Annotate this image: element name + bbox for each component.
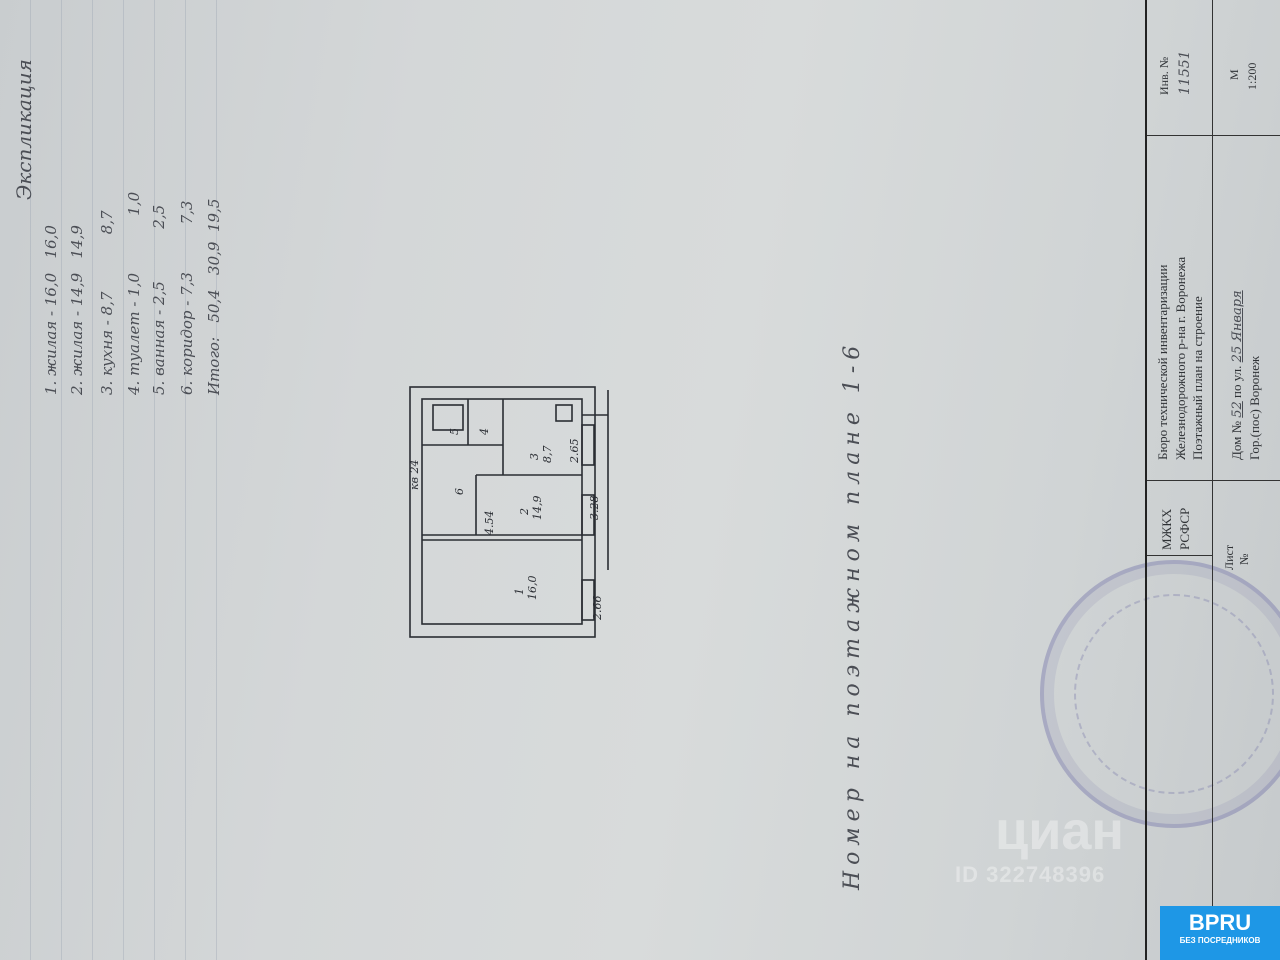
svg-text:2.65: 2.65 (568, 439, 581, 465)
svg-text:2.66: 2.66 (591, 596, 604, 622)
stamp-sheet-no: № (1237, 554, 1252, 565)
svg-text:4: 4 (478, 428, 491, 436)
explication-row: 6. коридор - 7,3 7,3 (178, 201, 196, 395)
stamp-scale-value: 1:200 (1245, 63, 1260, 90)
svg-text:3.28: 3.28 (588, 496, 601, 521)
explication-row: 4. туалет - 1,0 1,0 (125, 192, 143, 395)
floor-plan: кв 24 1 16,0 2.66 2 14,9 3.28 4.54 3 8,7… (408, 385, 618, 640)
title-block: Бюро технической инвентаризации Железнод… (1145, 0, 1280, 960)
badge-subtitle: БЕЗ ПОСРЕДНИКОВ (1160, 936, 1280, 945)
svg-text:14,9: 14,9 (531, 496, 544, 521)
bpru-badge[interactable]: BPRU БЕЗ ПОСРЕДНИКОВ (1160, 906, 1280, 960)
badge-name: BPRU (1160, 910, 1280, 936)
svg-text:2: 2 (518, 508, 531, 516)
stamp-org-line3: Поэтажный план на строение (1190, 296, 1206, 460)
stamp-org-line2: Железнодорожного р-на г. Воронежа (1173, 257, 1189, 460)
explication-row: 1. жилая - 16,0 16,0 (42, 225, 60, 395)
stamp-inv-value: 11551 (1177, 50, 1193, 95)
floor-plan-caption: Номер на поэтажном плане 1-6 (840, 340, 865, 890)
explication-total: Итого: 50,4 30,9 19,5 (205, 199, 223, 395)
cian-watermark: циан ID 322748396 (955, 800, 1124, 888)
svg-text:16,0: 16,0 (526, 576, 539, 601)
explication-row: 2. жилая - 14,9 14,9 (68, 225, 86, 395)
svg-text:кв 24: кв 24 (408, 460, 421, 490)
explication-title: Экспликация (12, 59, 36, 200)
stamp-scale-label: М (1227, 69, 1242, 80)
stamp-house: Дом № 52 по ул. 25 Января (1229, 290, 1245, 460)
explication-row: 5. ванная - 2,5 2,5 (150, 205, 168, 395)
svg-text:1: 1 (513, 588, 526, 595)
svg-text:3: 3 (528, 453, 541, 460)
svg-text:6: 6 (453, 488, 466, 495)
svg-text:5: 5 (448, 428, 461, 435)
svg-text:8,7: 8,7 (541, 446, 554, 464)
stamp-org-line1: Бюро технической инвентаризации (1155, 265, 1171, 460)
stamp-sheet-label: Лист (1222, 545, 1237, 570)
stamp-inv-label: Инв. № (1157, 57, 1172, 95)
svg-text:4.54: 4.54 (483, 511, 496, 537)
stamp-republic: РСФСР (1177, 508, 1193, 550)
stamp-city: Гор.(пос) Воронеж (1247, 356, 1263, 460)
explication-row: 3. кухня - 8,7 8,7 (98, 210, 116, 395)
stamp-ministry: МЖКХ (1159, 509, 1175, 550)
